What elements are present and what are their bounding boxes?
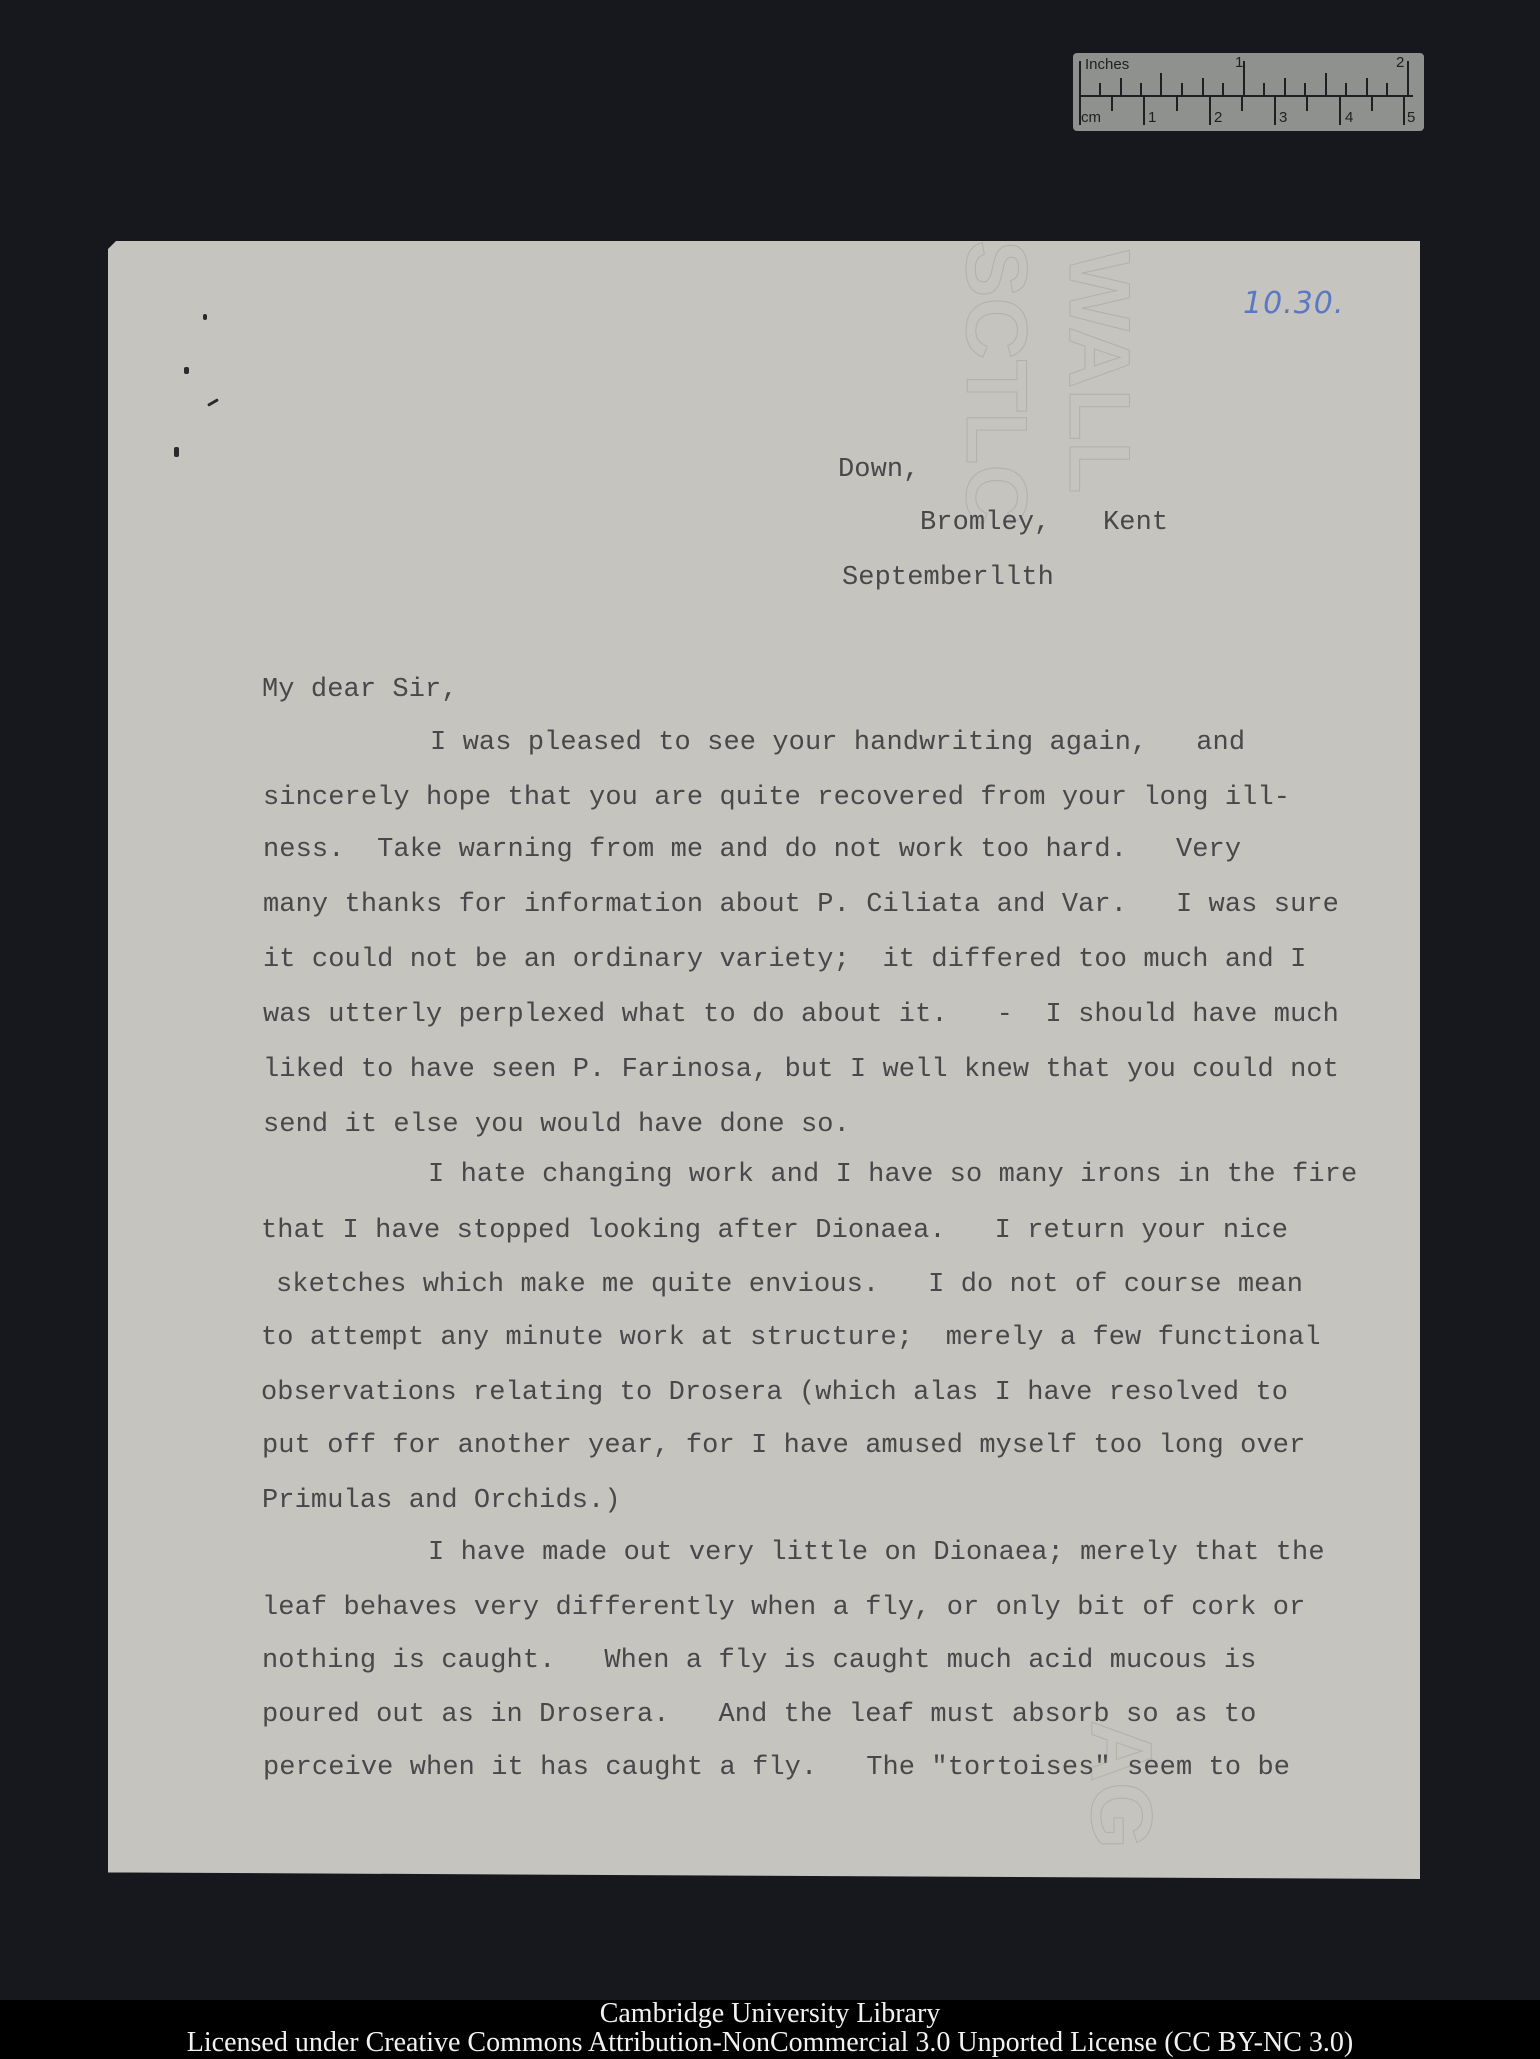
watermark-emboss: WALL bbox=[1049, 250, 1148, 494]
body-line: sincerely hope that you are quite recove… bbox=[263, 783, 1290, 813]
body-line: nothing is caught. When a fly is caught … bbox=[262, 1646, 1256, 1676]
address-line-1: Down, bbox=[838, 455, 920, 485]
ruler-tick bbox=[1263, 83, 1265, 95]
ruler-tick bbox=[1181, 83, 1183, 95]
letter-date: Septemberllth bbox=[842, 563, 1054, 593]
ruler-tick bbox=[1241, 95, 1243, 111]
body-line: poured out as in Drosera. And the leaf m… bbox=[262, 1700, 1256, 1730]
footer-institution: Cambridge University Library bbox=[0, 1998, 1540, 2030]
ruler-tick bbox=[1284, 78, 1286, 95]
watermark-emboss: AG bbox=[1071, 1720, 1170, 1849]
ruler-tick bbox=[1243, 61, 1245, 95]
body-line: that I have stopped looking after Dionae… bbox=[261, 1216, 1288, 1246]
body-line: ness. Take warning from me and do not wo… bbox=[263, 835, 1241, 865]
body-line: it could not be an ordinary variety; it … bbox=[263, 945, 1306, 975]
ruler-tick bbox=[1366, 78, 1368, 95]
body-line: sketches which make me quite envious. I … bbox=[276, 1270, 1303, 1300]
ruler-tick bbox=[1120, 78, 1122, 95]
paper-speck bbox=[203, 314, 207, 320]
license-footer: Cambridge University Library Licensed un… bbox=[0, 2000, 1540, 2059]
ruler-tick bbox=[1371, 95, 1373, 111]
body-line: I hate changing work and I have so many … bbox=[428, 1160, 1357, 1190]
ruler-inch-mark-2: 2 bbox=[1396, 54, 1404, 71]
body-line: perceive when it has caught a fly. The "… bbox=[263, 1753, 1290, 1783]
scale-ruler: Inches cm 1 2 1 2 3 4 5 bbox=[1073, 53, 1424, 131]
body-line: Primulas and Orchids.) bbox=[262, 1486, 621, 1516]
paper-speck bbox=[174, 447, 179, 457]
ruler-axis bbox=[1079, 95, 1413, 97]
salutation: My dear Sir, bbox=[262, 675, 458, 705]
body-line: many thanks for information about P. Cil… bbox=[263, 890, 1339, 920]
ruler-cm-mark-1: 1 bbox=[1148, 109, 1156, 126]
body-line: was utterly perplexed what to do about i… bbox=[263, 1000, 1339, 1030]
body-line: to attempt any minute work at structure;… bbox=[261, 1323, 1321, 1353]
ruler-cm-mark-4: 4 bbox=[1345, 109, 1353, 126]
ruler-tick bbox=[1325, 73, 1327, 95]
ruler-tick bbox=[1403, 95, 1405, 125]
ruler-cm-mark-2: 2 bbox=[1214, 109, 1222, 126]
ruler-inches-label: Inches bbox=[1085, 56, 1129, 73]
ruler-tick bbox=[1339, 95, 1341, 125]
ruler-tick bbox=[1079, 61, 1081, 125]
footer-license: Licensed under Creative Commons Attribut… bbox=[0, 2027, 1540, 2059]
ruler-tick bbox=[1099, 83, 1101, 95]
ruler-tick bbox=[1160, 73, 1162, 95]
ruler-cm-mark-5: 5 bbox=[1407, 109, 1415, 126]
ruler-tick bbox=[1209, 95, 1211, 125]
ruler-tick bbox=[1274, 95, 1276, 125]
ruler-tick bbox=[1345, 83, 1347, 95]
watermark-emboss: SCTLC bbox=[946, 240, 1045, 527]
body-line: liked to have seen P. Farinosa, but I we… bbox=[263, 1055, 1339, 1085]
body-line: I was pleased to see your handwriting ag… bbox=[430, 728, 1245, 758]
ruler-tick bbox=[1111, 95, 1113, 111]
ruler-tick bbox=[1304, 83, 1306, 95]
ruler-tick bbox=[1407, 61, 1409, 95]
body-line: I have made out very little on Dionaea; … bbox=[428, 1538, 1325, 1568]
body-line: put off for another year, for I have amu… bbox=[262, 1431, 1305, 1461]
ruler-cm-mark-3: 3 bbox=[1279, 109, 1287, 126]
body-line: leaf behaves very differently when a fly… bbox=[262, 1593, 1305, 1623]
ruler-tick bbox=[1176, 95, 1178, 111]
ruler-tick bbox=[1202, 78, 1204, 95]
address-place: Bromley, bbox=[920, 508, 1050, 538]
body-line: send it else you would have done so. bbox=[263, 1110, 850, 1140]
ruler-tick bbox=[1386, 83, 1388, 95]
body-line: observations relating to Drosera (which … bbox=[261, 1378, 1288, 1408]
handwritten-folio-number: 10.30. bbox=[1243, 286, 1344, 321]
paper-speck bbox=[184, 367, 189, 374]
ruler-tick bbox=[1222, 83, 1224, 95]
ruler-tick bbox=[1306, 95, 1308, 111]
ruler-cm-label: cm bbox=[1081, 109, 1101, 126]
ruler-tick bbox=[1143, 95, 1145, 125]
ruler-tick bbox=[1140, 83, 1142, 95]
address-county: Kent bbox=[1103, 508, 1168, 538]
